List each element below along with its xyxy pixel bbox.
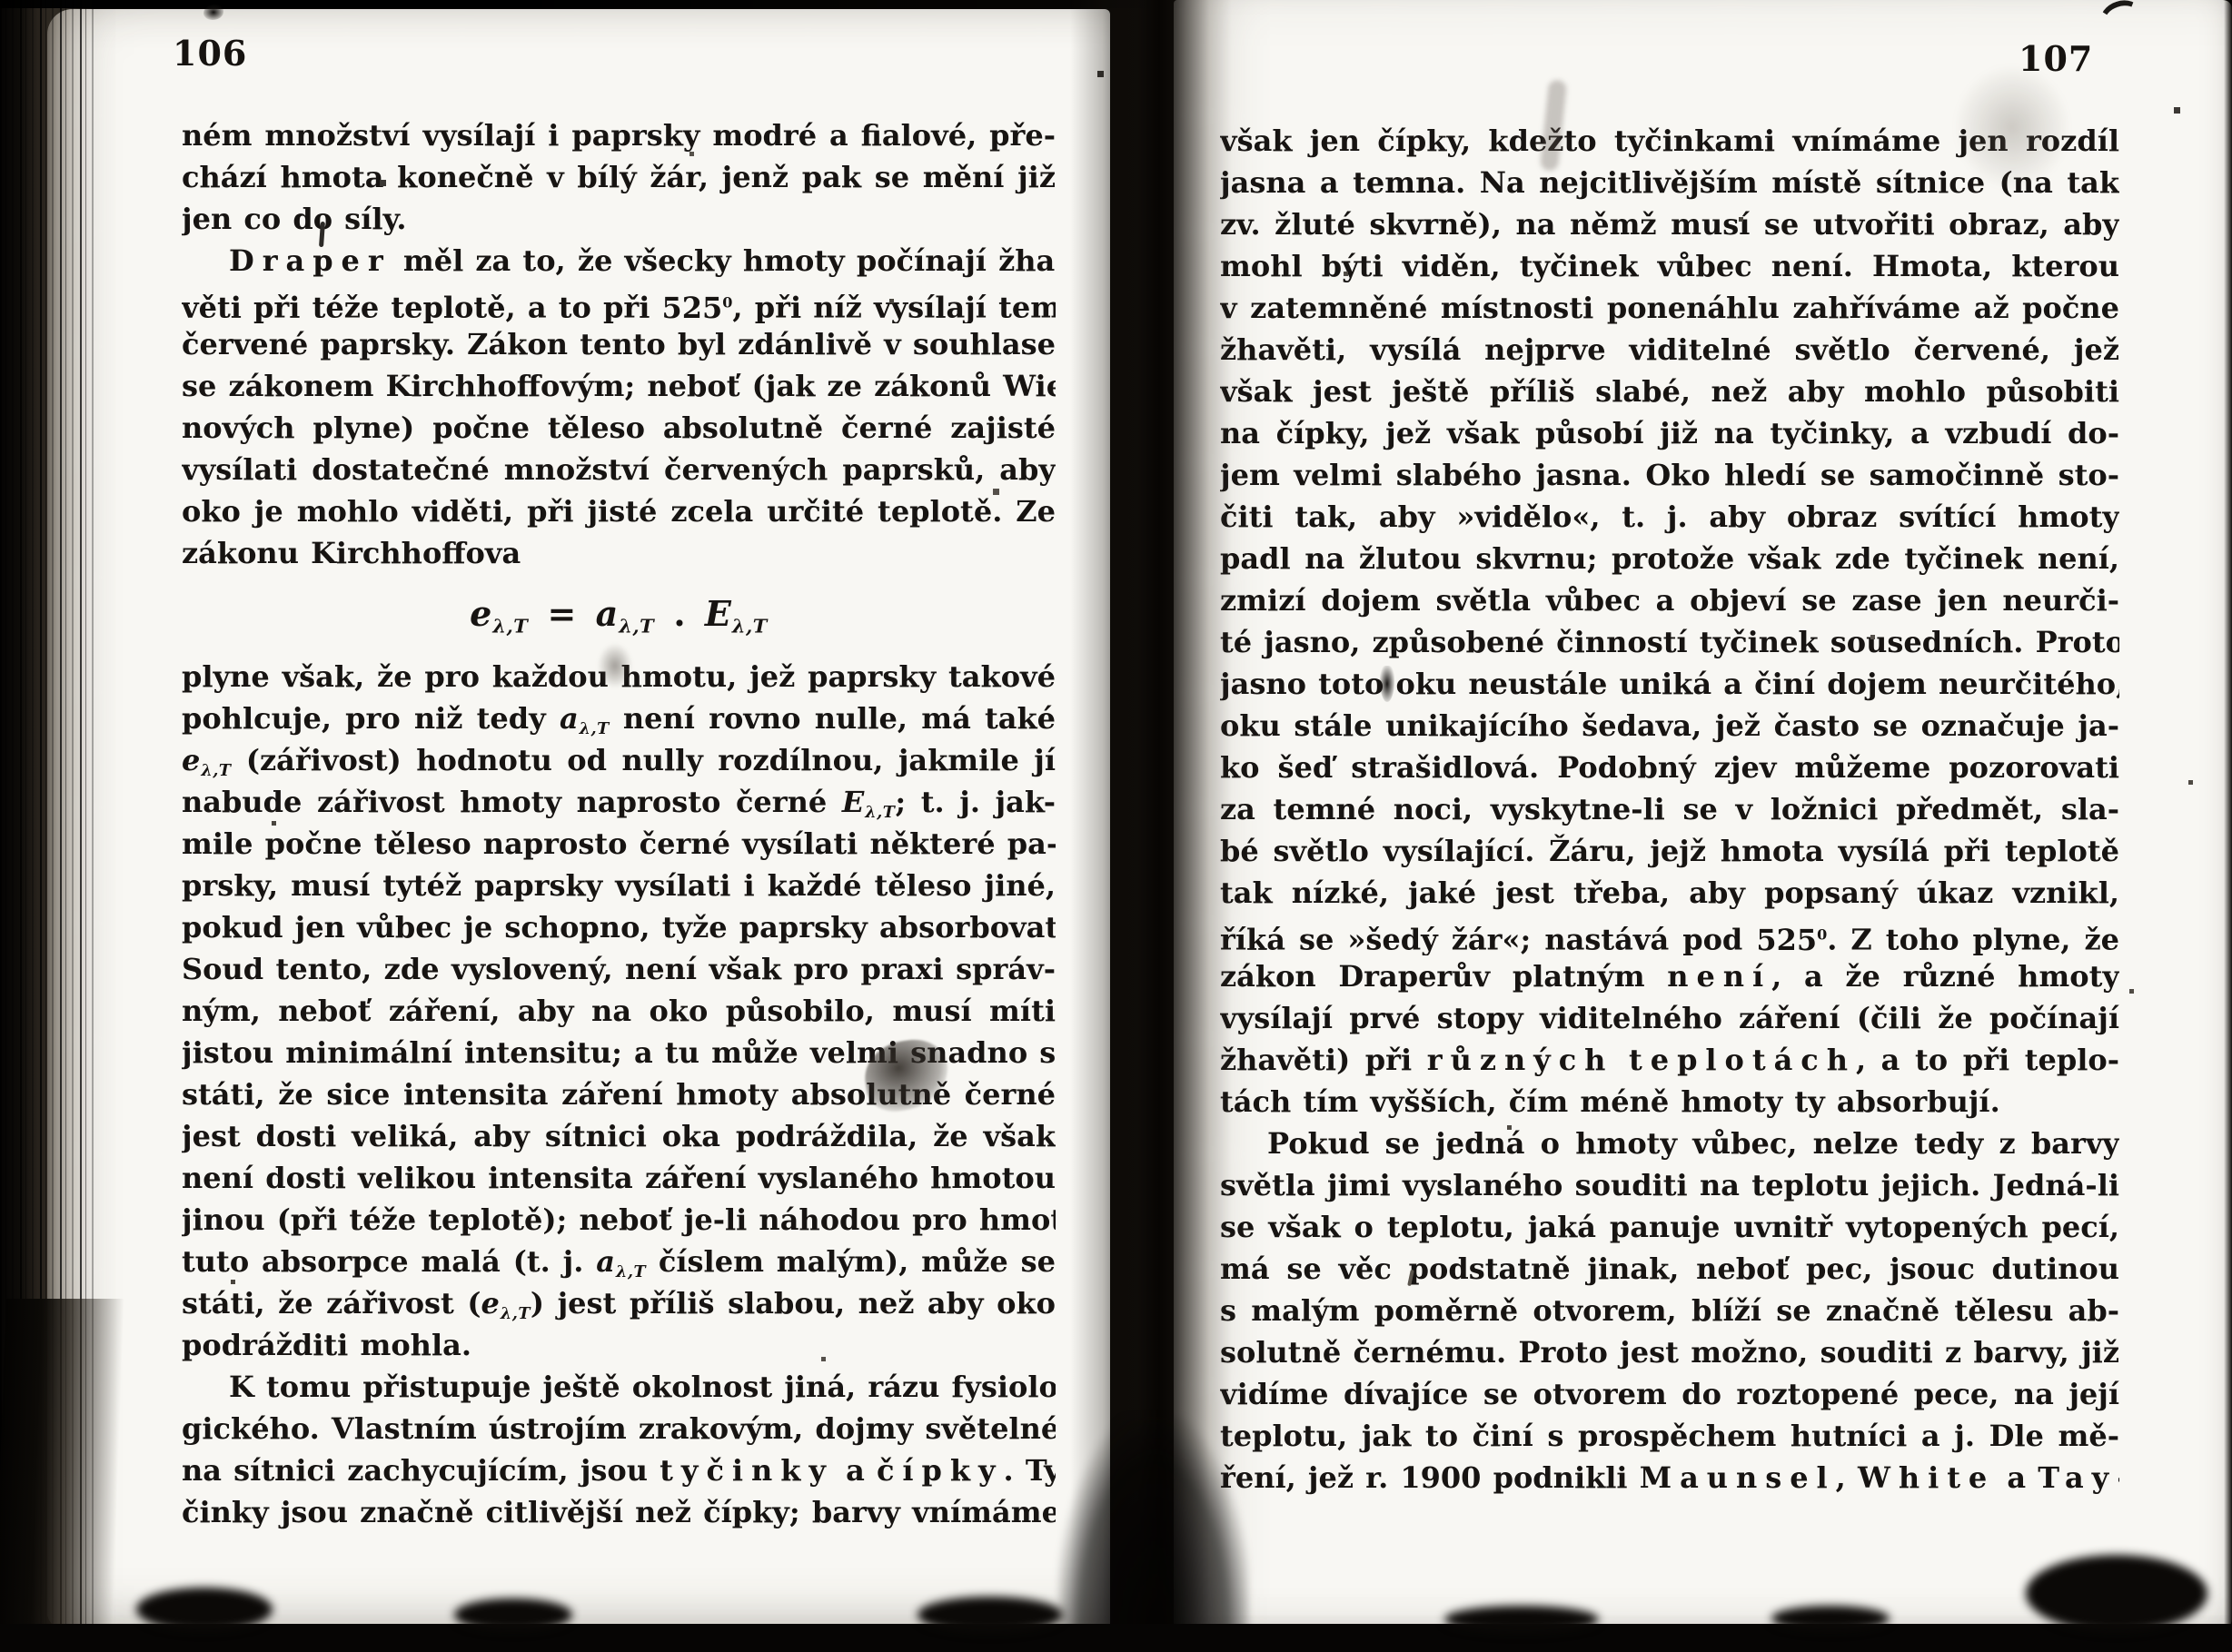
paper-specks: [0, 0, 3, 3]
text-line: podrážditi mohla.: [182, 1324, 1056, 1366]
gutter-shadow: [1070, 0, 1232, 1652]
text-line: věti při téže teplotě, a to při 5250, př…: [182, 282, 1056, 323]
text-line: jinou (při téže teplotě); neboť je-li ná…: [182, 1199, 1056, 1241]
math-symbol: aλ,T: [560, 701, 610, 736]
math-symbol: aλ,T: [596, 1244, 646, 1279]
formula-line: eλ,T = aλ,T . Eλ,T: [182, 587, 1056, 641]
bottom-smudge: [454, 1598, 572, 1631]
text-line: červené paprsky. Zákon tento byl zdánliv…: [182, 323, 1056, 365]
text-line: jem velmi slabého jasna. Oko hledí se sa…: [1220, 454, 2119, 496]
gutter-shadow-bottom: [1058, 1417, 1249, 1652]
text-line: vidíme dívajíce se otvorem do roztopené …: [1220, 1373, 2119, 1415]
text-line: Draper měl za to, že všecky hmoty počína…: [182, 240, 1056, 282]
text-line: žhavěti) při různých teplotách, a to při…: [1220, 1039, 2119, 1081]
scan-bottom-edge: [0, 1624, 2232, 1652]
text-line: té jasno, způsobené činností tyčinek sou…: [1220, 621, 2119, 663]
text-line: ným, neboť záření, aby na oko působilo, …: [182, 990, 1056, 1032]
text-line: gického. Vlastním ústrojím zrakovým, doj…: [182, 1408, 1056, 1449]
text-line: mohl býti viděn, tyčinek vůbec není. Hmo…: [1220, 245, 2119, 287]
text-line: oko je mohlo viděti, při jisté zcela urč…: [182, 490, 1056, 532]
math-symbol: eλ,T: [470, 593, 528, 634]
text-column-left: ném množství vysílají i paprsky modré a …: [182, 114, 1056, 1533]
text-line: eλ,T (zářivost) hodnotu od nully rozdíln…: [182, 739, 1056, 781]
book-scan: 106 107 ném množství vysílají i paprsky …: [0, 0, 2232, 1652]
text-line: v zatemněné místnosti ponenáhlu zahřívám…: [1220, 287, 2119, 329]
text-line: tuto absorpce malá (t. j. aλ,T číslem ma…: [182, 1241, 1056, 1282]
text-line: jasno toto oku neustále uniká a činí doj…: [1220, 663, 2119, 705]
text-line: ko šeď strašidlová. Podobný zjev můžeme …: [1220, 747, 2119, 788]
bottom-smudge: [136, 1588, 273, 1631]
text-line: se zákonem Kirchhoffovým; neboť (jak ze …: [182, 365, 1056, 407]
text-line: na sítnici zachycujícím, jsou tyčinky a …: [182, 1449, 1056, 1491]
bottom-smudge: [1444, 1606, 1599, 1633]
scan-right-edge: [2224, 0, 2232, 1652]
text-line: zv. žluté skvrně), na němž musí se utvoř…: [1220, 203, 2119, 245]
text-line: však jest ještě příliš slabé, než aby mo…: [1220, 371, 2119, 412]
text-line: vysílají prvé stopy viditelného záření (…: [1220, 997, 2119, 1039]
page-number-left: 106: [173, 33, 247, 74]
ink-smudge: [598, 643, 632, 688]
text-line: ném množství vysílají i paprsky modré a …: [182, 114, 1056, 156]
ink-smudge: [1953, 64, 2071, 191]
text-line: teplotu, jak to činí s prospěchem hutníc…: [1220, 1415, 2119, 1457]
text-line: tách tím vyšších, čím méně hmoty ty abso…: [1220, 1081, 2119, 1123]
text-line: má se věc podstatně jinak, neboť pec, js…: [1220, 1248, 2119, 1290]
text-line: Pokud se jedná o hmoty vůbec, nelze tedy…: [1220, 1123, 2119, 1164]
text-line: prsky, musí tytéž paprsky vysílati i kaž…: [182, 865, 1056, 906]
text-line: čiti tak, aby »vidělo«, t. j. aby obraz …: [1220, 496, 2119, 538]
math-symbol: aλ,T: [596, 593, 655, 634]
math-symbol: Eλ,T: [705, 593, 768, 634]
text-line: ření, jež r. 1900 podnikli Maunsel, Whit…: [1220, 1457, 2119, 1499]
text-line: říká se »šedý žár«; nastává pod 5250. Z …: [1220, 914, 2119, 955]
math-symbol: eλ,T: [481, 1286, 531, 1321]
text-column-right: však jen čípky, kdežto tyčinkami vnímáme…: [1220, 120, 2119, 1499]
text-line: zákonu Kirchhoffova: [182, 532, 1056, 574]
bottom-smudge: [2026, 1555, 2207, 1632]
text-line: tak nízké, jaké jest třeba, aby popsaný …: [1220, 872, 2119, 914]
text-line: vysílati dostatečné množství červených p…: [182, 449, 1056, 490]
text-line: mile počne těleso naprosto černé vysílat…: [182, 823, 1056, 865]
text-line: za temné noci, vyskytne-li se v ložnici …: [1220, 788, 2119, 830]
text-line: oku stále unikajícího šedava, jež často …: [1220, 705, 2119, 747]
text-line: nových plyne) počne těleso absolutně čer…: [182, 407, 1056, 449]
text-line: pohlcuje, pro niž tedy aλ,T není rovno n…: [182, 697, 1056, 739]
bottom-smudge: [1771, 1606, 1890, 1631]
math-symbol: Eλ,T: [842, 785, 895, 819]
bottom-smudge: [918, 1597, 1063, 1633]
text-line: Soud tento, zde vyslovený, není však pro…: [182, 948, 1056, 990]
text-line: K tomu přistupuje ještě okolnost jiná, r…: [182, 1366, 1056, 1408]
text-line: se však o teplotu, jaká panuje uvnitř vy…: [1220, 1206, 2119, 1248]
text-line: bé světlo vysílající. Žáru, jejž hmota v…: [1220, 830, 2119, 872]
text-line: jest dosti veliká, aby sítnici oka podrá…: [182, 1115, 1056, 1157]
math-symbol: eλ,T: [182, 743, 231, 777]
text-line: není dosti velikou intensita záření vysl…: [182, 1157, 1056, 1199]
text-line: zmizí dojem světla vůbec a objeví se zas…: [1220, 579, 2119, 621]
text-line: na čípky, jež však působí již na tyčinky…: [1220, 412, 2119, 454]
text-line: nabude zářivost hmoty naprosto černé Eλ,…: [182, 781, 1056, 823]
text-line: zákon Draperův platným není, a že různé …: [1220, 955, 2119, 997]
book-binding-edge-bottom: [0, 1299, 124, 1652]
text-line: jen co do síly.: [182, 198, 1056, 240]
scan-top-edge: [0, 0, 1190, 8]
text-line: padl na žlutou skvrnu; protože však zde …: [1220, 538, 2119, 579]
text-line: chází hmota konečně v bílý žár, jenž pak…: [182, 156, 1056, 198]
text-line: státi, že zářivost (eλ,T) jest příliš sl…: [182, 1282, 1056, 1324]
text-line: solutně černému. Proto jest možno, soudi…: [1220, 1331, 2119, 1373]
text-line: pokud jen vůbec je schopno, tyže paprsky…: [182, 906, 1056, 948]
text-line: světla jimi vyslaného souditi na teplotu…: [1220, 1164, 2119, 1206]
text-line: činky jsou značně citlivější než čípky; …: [182, 1491, 1056, 1533]
text-line: žhavěti, vysílá nejprve viditelné světlo…: [1220, 329, 2119, 371]
text-line: s malým poměrně otvorem, blíží se značně…: [1220, 1290, 2119, 1331]
